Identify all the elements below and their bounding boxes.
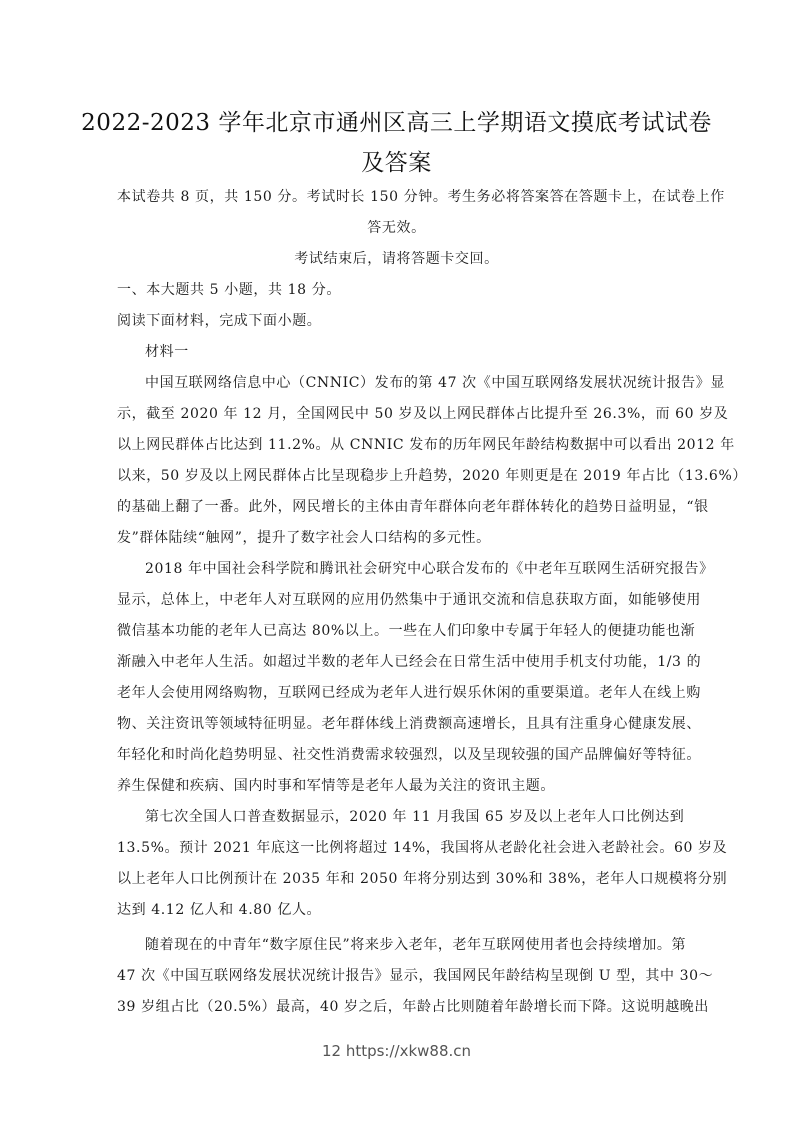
paragraph-4-line: 随着现在的中青年“数字原住民”将来步入老年，老年互联网使用者也会持续增加。第 [145, 935, 683, 955]
paragraph-3-line: 以上老年人口比例预计在 2035 年和 2050 年将分别达到 30%和 38%… [117, 869, 683, 889]
paragraph-3-line: 第七次全国人口普查数据显示，2020 年 11 月我国 65 岁及以上老年人口比… [145, 807, 711, 827]
paragraph-1-line: 示，截至 2020 年 12 月，全国网民中 50 岁及以上网民群体占比提升至 … [117, 404, 683, 424]
paragraph-2-line: 2018 年中国社会科学院和腾讯社会研究中心联合发布的《中老年互联网生活研究报告… [145, 559, 683, 579]
reading-prompt: 阅读下面材料，完成下面小题。 [117, 311, 683, 331]
paragraph-2-line: 年轻化和时尚化趋势明显、社交性消费需求较强烈，以及呈现较强的国产品牌偏好等特征。 [117, 745, 683, 765]
instructions-line-3: 考试结束后，请将答题卡交回。 [0, 249, 793, 269]
section-heading: 一、本大题共 5 小题，共 18 分。 [117, 280, 683, 300]
instructions-line-2: 答无效。 [0, 218, 793, 238]
paragraph-2-line: 渐融入中老年人生活。如超过半数的老年人已经会在日常生活中使用手机支付功能，1/3… [117, 652, 683, 672]
document-title-line-1: 2022-2023 学年北京市通州区高三上学期语文摸底考试试卷 [0, 104, 793, 137]
paragraph-1-line: 中国互联网络信息中心（CNNIC）发布的第 47 次《中国互联网络发展状况统计报… [145, 373, 683, 393]
paragraph-3-line: 13.5%。预计 2021 年底这一比例将超过 14%，我国将从老龄化社会进入老… [117, 838, 683, 858]
material-label: 材料一 [145, 342, 711, 362]
paragraph-4-line: 39 岁组占比（20.5%）最高，40 岁之后，年龄占比则随着年龄增长而下降。这… [117, 997, 683, 1017]
paragraph-2-line: 物、关注资讯等领域特征明显。老年群体线上消费额高速增长，且具有注重身心健康发展、 [117, 714, 683, 734]
document-title-line-2: 及答案 [0, 144, 793, 177]
paragraph-1-line: 以上网民群体占比达到 11.2%。从 CNNIC 发布的历年网民年龄结构数据中可… [117, 435, 683, 455]
paragraph-2-line: 养生保健和疾病、国内时事和军情等是老年人最为关注的资讯主题。 [117, 776, 683, 796]
paragraph-4-line: 47 次《中国互联网络发展状况统计报告》显示，我国网民年龄结构呈现倒 U 型，其… [117, 966, 683, 986]
paragraph-1-line: 发”群体陆续“触网”，提升了数字社会人口结构的多元性。 [117, 528, 683, 548]
paragraph-2-line: 微信基本功能的老年人已高达 80%以上。一些在人们印象中专属于年轻人的便捷功能也… [117, 621, 683, 641]
document-page: 2022-2023 学年北京市通州区高三上学期语文摸底考试试卷 及答案 本试卷共… [0, 0, 793, 1122]
paragraph-1-line: 的基础上翻了一番。此外，网民增长的主体由青年群体向老年群体转化的趋势日益明显，“… [117, 497, 683, 517]
paragraph-2-line: 老年人会使用网络购物，互联网已经成为老年人进行娱乐休闲的重要渠道。老年人在线上购 [117, 683, 683, 703]
paragraph-1-line: 以来，50 岁及以上网民群体占比呈现稳步上升趋势，2020 年则更是在 2019… [117, 466, 683, 486]
page-footer: 12 https://xkw88.cn [0, 1042, 793, 1060]
paragraph-2-line: 显示，总体上，中老年人对互联网的应用仍然集中于通讯交流和信息获取方面，如能够使用 [117, 590, 683, 610]
instructions-line-1: 本试卷共 8 页，共 150 分。考试时长 150 分钟。考生务必将答案答在答题… [117, 187, 683, 207]
paragraph-3-line: 达到 4.12 亿人和 4.80 亿人。 [117, 900, 683, 920]
